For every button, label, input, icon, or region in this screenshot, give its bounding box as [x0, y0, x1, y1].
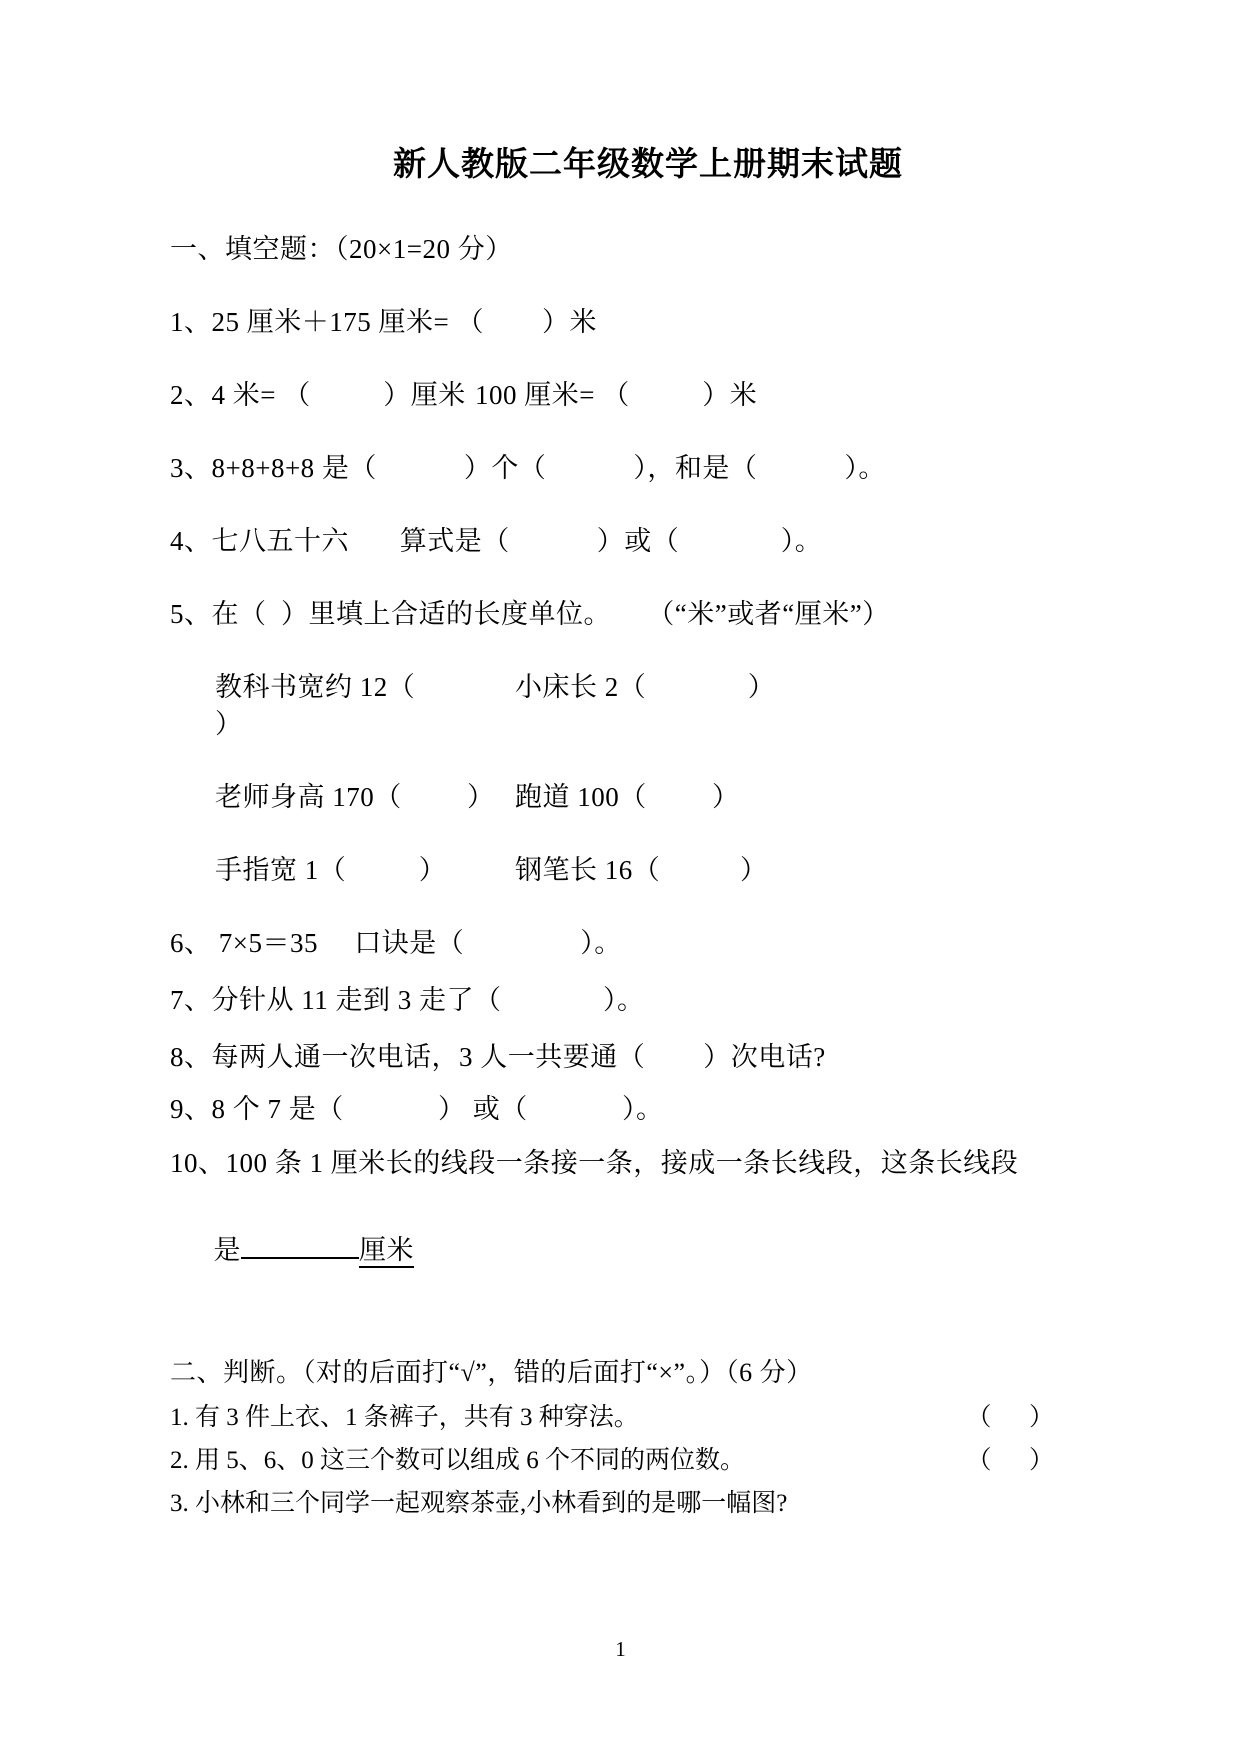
- answer-blank-underline: [241, 1229, 359, 1259]
- question-10-prefix: 是: [214, 1235, 242, 1265]
- judge-item-3-text: 3. 小林和三个同学一起观察茶壶,小林看到的是哪一幅图?: [170, 1487, 787, 1520]
- question-2-right: 100 厘米= （ ）米: [475, 377, 1126, 414]
- judge-item-2-text: 2. 用 5、6、0 这三个数可以组成 6 个不同的两位数。: [170, 1444, 745, 1477]
- question-5-sub-row-3: 手指宽 1（ ） 钢笔长 16（ ）: [170, 852, 1126, 889]
- question-10-suffix: 厘米: [359, 1235, 414, 1268]
- question-5-teacher: 老师身高 170（ ）: [215, 779, 515, 816]
- question-9: 9、8 个 7 是（ ） 或（ ）。: [170, 1091, 1126, 1128]
- question-8: 8、每两人通一次电话，3 人一共要通（ ）次电话?: [170, 1039, 1126, 1076]
- question-5-pen: 钢笔长 16（ ）: [515, 852, 1126, 889]
- question-5-finger: 手指宽 1（ ）: [215, 852, 515, 889]
- question-5: 5、在（ ）里填上合适的长度单位。 （“米”或者“厘米”）: [170, 596, 1126, 633]
- section2-heading: 二、判断。（对的后面打“√”，错的后面打“×”。）（6 分）: [170, 1354, 1126, 1391]
- section1-heading: 一、填空题：（20×1=20 分）: [170, 231, 1126, 268]
- question-2-left: 2、4 米= （ ）厘米: [170, 377, 475, 414]
- judge-item-3: 3. 小林和三个同学一起观察茶壶,小林看到的是哪一幅图?: [170, 1487, 1126, 1520]
- question-10-line-1: 10、100 条 1 厘米长的线段一条接一条，接成一条长线段，这条长线段: [170, 1145, 1126, 1182]
- question-3: 3、8+8+8+8 是（ ）个（ ），和是（ ）。: [170, 450, 1126, 487]
- question-1: 1、25 厘米＋175 厘米= （ ）米: [170, 304, 1126, 341]
- judge-item-2: 2. 用 5、6、0 这三个数可以组成 6 个不同的两位数。 （ ）: [170, 1444, 1126, 1477]
- question-5-textbook: 教科书宽约 12（ ）: [215, 669, 515, 743]
- question-5-sub-row-2: 老师身高 170（ ） 跑道 100（ ）: [170, 779, 1126, 816]
- judge-item-2-answer-parens: （ ）: [966, 1444, 1054, 1477]
- judge-item-1-text: 1. 有 3 件上衣、1 条裤子，共有 3 种穿法。: [170, 1401, 639, 1434]
- question-7: 7、分针从 11 走到 3 走了（ ）。: [170, 982, 1126, 1019]
- judge-item-1: 1. 有 3 件上衣、1 条裤子，共有 3 种穿法。 （ ）: [170, 1401, 1126, 1434]
- document-content: 新人教版二年级数学上册期末试题 一、填空题：（20×1=20 分） 1、25 厘…: [170, 143, 1126, 1520]
- question-5-bed: 小床长 2（ ）: [515, 669, 1126, 743]
- document-page: 新人教版二年级数学上册期末试题 一、填空题：（20×1=20 分） 1、25 厘…: [0, 0, 1241, 1754]
- question-5-sub-row-1: 教科书宽约 12（ ） 小床长 2（ ）: [170, 669, 1126, 743]
- question-5-track: 跑道 100（ ）: [515, 779, 1126, 816]
- question-10-line-2: 是厘米: [170, 1192, 1126, 1306]
- page-number: 1: [0, 1637, 1241, 1662]
- page-title: 新人教版二年级数学上册期末试题: [170, 143, 1126, 185]
- question-6: 6、 7×5＝35 口诀是（ ）。: [170, 925, 1126, 962]
- question-4: 4、七八五十六 算式是（ ）或（ ）。: [170, 523, 1126, 560]
- question-2: 2、4 米= （ ）厘米 100 厘米= （ ）米: [170, 377, 1126, 414]
- judge-item-1-answer-parens: （ ）: [966, 1401, 1054, 1434]
